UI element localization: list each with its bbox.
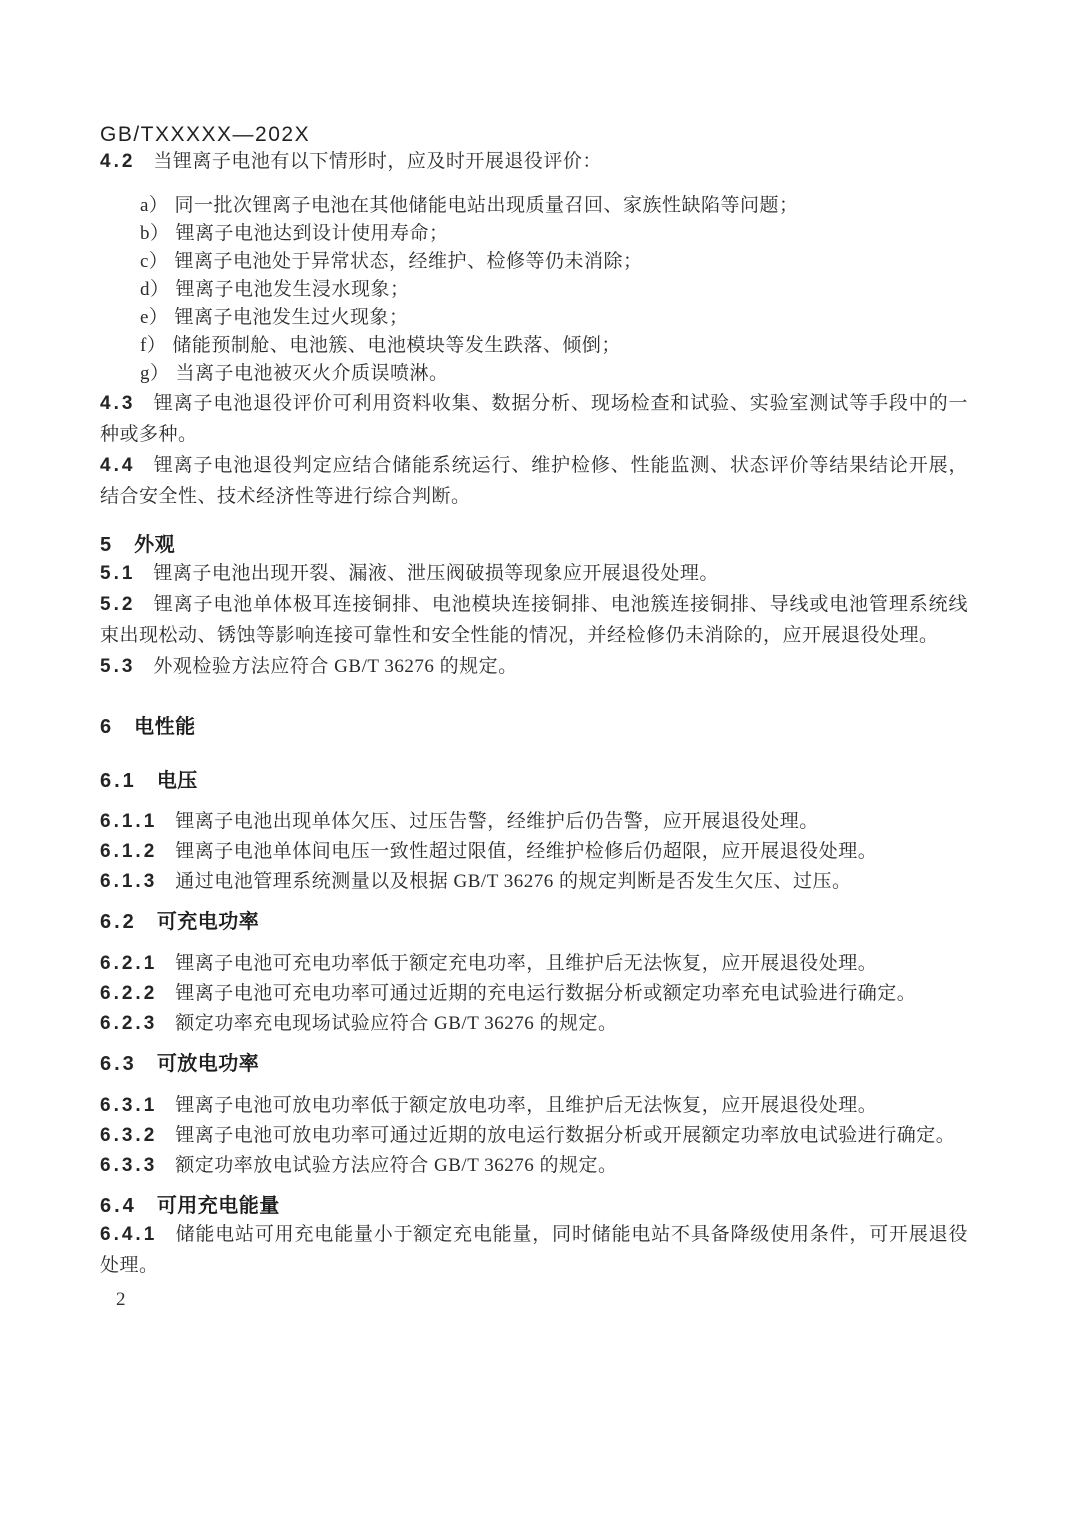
clause-4-4: 4.4锂离子电池退役判定应结合储能系统运行、维护检修、性能监测、状态评价等结果结… <box>100 450 968 512</box>
heading-6-3-dischargeable-power: 6.3可放电功率 <box>100 1051 968 1077</box>
clause-text: 锂离子电池退役判定应结合储能系统运行、维护检修、性能监测、状态评价等结果结论开展… <box>100 455 968 507</box>
heading-number: 5 <box>100 534 114 556</box>
clause-6-4-1: 6.4.1储能电站可用充电能量小于额定充电能量，同时储能电站不具备降级使用条件，… <box>100 1219 968 1281</box>
clause-text: 储能电站可用充电能量小于额定充电能量，同时储能电站不具备降级使用条件，可开展退役… <box>100 1224 968 1276</box>
list-item-text: 锂离子电池发生浸水现象； <box>176 279 410 300</box>
heading-text: 可充电功率 <box>157 911 260 933</box>
heading-5-appearance: 5外观 <box>100 532 968 558</box>
clause-text: 外观检验方法应符合 GB/T 36276 的规定。 <box>153 656 517 677</box>
clause-text: 锂离子电池单体极耳连接铜排、电池模块连接铜排、电池簇连接铜排、导线或电池管理系统… <box>100 594 968 646</box>
heading-text: 可用充电能量 <box>157 1195 280 1217</box>
clause-text: 锂离子电池可充电功率可通过近期的充电运行数据分析或额定功率充电试验进行确定。 <box>175 983 916 1004</box>
list-item-label: f） <box>140 335 166 356</box>
clause-6-1-3: 6.1.3通过电池管理系统测量以及根据 GB/T 36276 的规定判断是否发生… <box>100 867 968 897</box>
clause-number: 6.3.3 <box>100 1155 157 1176</box>
document-page: GB/TXXXXX—202X 4.2当锂离子电池有以下情形时，应及时开展退役评价… <box>0 0 1080 1527</box>
clause-6-2-3: 6.2.3额定功率充电现场试验应符合 GB/T 36276 的规定。 <box>100 1009 968 1039</box>
heading-number: 6.3 <box>100 1053 137 1075</box>
list-item-label: c） <box>140 251 168 272</box>
clause-6-2-1: 6.2.1锂离子电池可充电功率低于额定充电功率，且维护后无法恢复，应开展退役处理… <box>100 949 968 979</box>
clause-number: 6.2.3 <box>100 1013 157 1034</box>
clause-6-2-2: 6.2.2锂离子电池可充电功率可通过近期的充电运行数据分析或额定功率充电试验进行… <box>100 979 968 1009</box>
clause-number: 5.3 <box>100 656 135 677</box>
list-item-text: 锂离子电池达到设计使用寿命； <box>176 223 449 244</box>
list-item-f: f）储能预制舱、电池簇、电池模块等发生跌落、倾倒； <box>140 332 968 360</box>
clause-6-3-3: 6.3.3额定功率放电试验方法应符合 GB/T 36276 的规定。 <box>100 1151 968 1181</box>
list-item-b: b）锂离子电池达到设计使用寿命； <box>140 220 968 248</box>
list-item-label: d） <box>140 279 170 300</box>
clause-text: 额定功率放电试验方法应符合 GB/T 36276 的规定。 <box>175 1155 617 1176</box>
heading-number: 6 <box>100 716 114 738</box>
clause-text: 额定功率充电现场试验应符合 GB/T 36276 的规定。 <box>175 1013 617 1034</box>
clause-text: 锂离子电池可放电功率可通过近期的放电运行数据分析或开展额定功率放电试验进行确定。 <box>175 1125 955 1146</box>
clause-number: 6.4.1 <box>100 1224 157 1245</box>
clause-6-3-1: 6.3.1锂离子电池可放电功率低于额定放电功率，且维护后无法恢复，应开展退役处理… <box>100 1091 968 1121</box>
clause-5-1: 5.1锂离子电池出现开裂、漏液、泄压阀破损等现象应开展退役处理。 <box>100 558 968 589</box>
clause-text: 锂离子电池出现开裂、漏液、泄压阀破损等现象应开展退役处理。 <box>153 563 719 584</box>
page-number: 2 <box>116 1289 968 1311</box>
clause-6-3-2: 6.3.2锂离子电池可放电功率可通过近期的放电运行数据分析或开展额定功率放电试验… <box>100 1121 968 1151</box>
clause-number: 4.2 <box>100 151 135 172</box>
list-item-label: e） <box>140 307 168 328</box>
clause-5-2: 5.2锂离子电池单体极耳连接铜排、电池模块连接铜排、电池簇连接铜排、导线或电池管… <box>100 589 968 651</box>
heading-6-4-available-charge-energy: 6.4可用充电能量 <box>100 1193 968 1219</box>
list-item-text: 当离子电池被灭火介质误喷淋。 <box>176 363 449 384</box>
list-item-d: d）锂离子电池发生浸水现象； <box>140 276 968 304</box>
list-item-text: 同一批次锂离子电池在其他储能电站出现质量召回、家族性缺陷等问题； <box>174 195 798 216</box>
clause-text: 锂离子电池退役评价可利用资料收集、数据分析、现场检查和试验、实验室测试等手段中的… <box>100 393 968 445</box>
clause-5-3: 5.3外观检验方法应符合 GB/T 36276 的规定。 <box>100 651 968 682</box>
list-item-c: c）锂离子电池处于异常状态，经维护、检修等仍未消除； <box>140 248 968 276</box>
list-item-e: e）锂离子电池发生过火现象； <box>140 304 968 332</box>
clause-group-6-2: 6.2.1锂离子电池可充电功率低于额定充电功率，且维护后无法恢复，应开展退役处理… <box>100 949 968 1039</box>
doc-code-header: GB/TXXXXX—202X <box>100 0 968 146</box>
clause-number: 6.3.1 <box>100 1095 157 1116</box>
clause-number: 6.2.1 <box>100 953 157 974</box>
clause-group-6-3: 6.3.1锂离子电池可放电功率低于额定放电功率，且维护后无法恢复，应开展退役处理… <box>100 1091 968 1181</box>
clause-4-2: 4.2当锂离子电池有以下情形时，应及时开展退役评价： <box>100 146 968 177</box>
clause-text: 锂离子电池单体间电压一致性超过限值，经维护检修后仍超限，应开展退役处理。 <box>175 841 877 862</box>
clause-6-1-2: 6.1.2锂离子电池单体间电压一致性超过限值，经维护检修后仍超限，应开展退役处理… <box>100 837 968 867</box>
list-item-text: 锂离子电池发生过火现象； <box>174 307 408 328</box>
clause-number: 5.1 <box>100 563 135 584</box>
heading-text: 外观 <box>134 534 175 556</box>
clause-text: 锂离子电池可充电功率低于额定充电功率，且维护后无法恢复，应开展退役处理。 <box>175 953 877 974</box>
heading-text: 电压 <box>157 770 198 792</box>
heading-6-electrical: 6电性能 <box>100 714 968 740</box>
list-item-a: a）同一批次锂离子电池在其他储能电站出现质量召回、家族性缺陷等问题； <box>140 192 968 220</box>
doc-body: 4.2当锂离子电池有以下情形时，应及时开展退役评价： a）同一批次锂离子电池在其… <box>100 146 968 1281</box>
clause-number: 4.3 <box>100 393 135 414</box>
clause-number: 4.4 <box>100 455 135 476</box>
clause-text: 锂离子电池可放电功率低于额定放电功率，且维护后无法恢复，应开展退役处理。 <box>175 1095 877 1116</box>
heading-text: 电性能 <box>134 716 196 738</box>
heading-number: 6.4 <box>100 1195 137 1217</box>
list-item-text: 锂离子电池处于异常状态，经维护、检修等仍未消除； <box>174 251 642 272</box>
list-item-label: b） <box>140 223 170 244</box>
clause-number: 5.2 <box>100 594 135 615</box>
clause-number: 6.1.2 <box>100 841 157 862</box>
heading-number: 6.2 <box>100 911 137 933</box>
list-item-text: 储能预制舱、电池簇、电池模块等发生跌落、倾倒； <box>172 335 621 356</box>
clause-number: 6.2.2 <box>100 983 157 1004</box>
clause-group-6-1: 6.1.1锂离子电池出现单体欠压、过压告警，经维护后仍告警，应开展退役处理。 6… <box>100 807 968 897</box>
heading-6-1-voltage: 6.1电压 <box>100 768 968 794</box>
clause-number: 6.1.1 <box>100 811 157 832</box>
clause-text: 通过电池管理系统测量以及根据 GB/T 36276 的规定判断是否发生欠压、过压… <box>175 871 851 892</box>
heading-number: 6.1 <box>100 770 137 792</box>
heading-text: 可放电功率 <box>157 1053 260 1075</box>
heading-6-2-chargeable-power: 6.2可充电功率 <box>100 909 968 935</box>
list-4-2: a）同一批次锂离子电池在其他储能电站出现质量召回、家族性缺陷等问题； b）锂离子… <box>100 192 968 388</box>
list-item-label: g） <box>140 363 170 384</box>
clause-text: 当锂离子电池有以下情形时，应及时开展退役评价： <box>153 151 602 172</box>
list-item-g: g）当离子电池被灭火介质误喷淋。 <box>140 360 968 388</box>
clause-4-3: 4.3锂离子电池退役评价可利用资料收集、数据分析、现场检查和试验、实验室测试等手… <box>100 388 968 450</box>
list-item-label: a） <box>140 195 168 216</box>
clause-6-1-1: 6.1.1锂离子电池出现单体欠压、过压告警，经维护后仍告警，应开展退役处理。 <box>100 807 968 837</box>
clause-text: 锂离子电池出现单体欠压、过压告警，经维护后仍告警，应开展退役处理。 <box>175 811 819 832</box>
clause-number: 6.1.3 <box>100 871 157 892</box>
clause-number: 6.3.2 <box>100 1125 157 1146</box>
